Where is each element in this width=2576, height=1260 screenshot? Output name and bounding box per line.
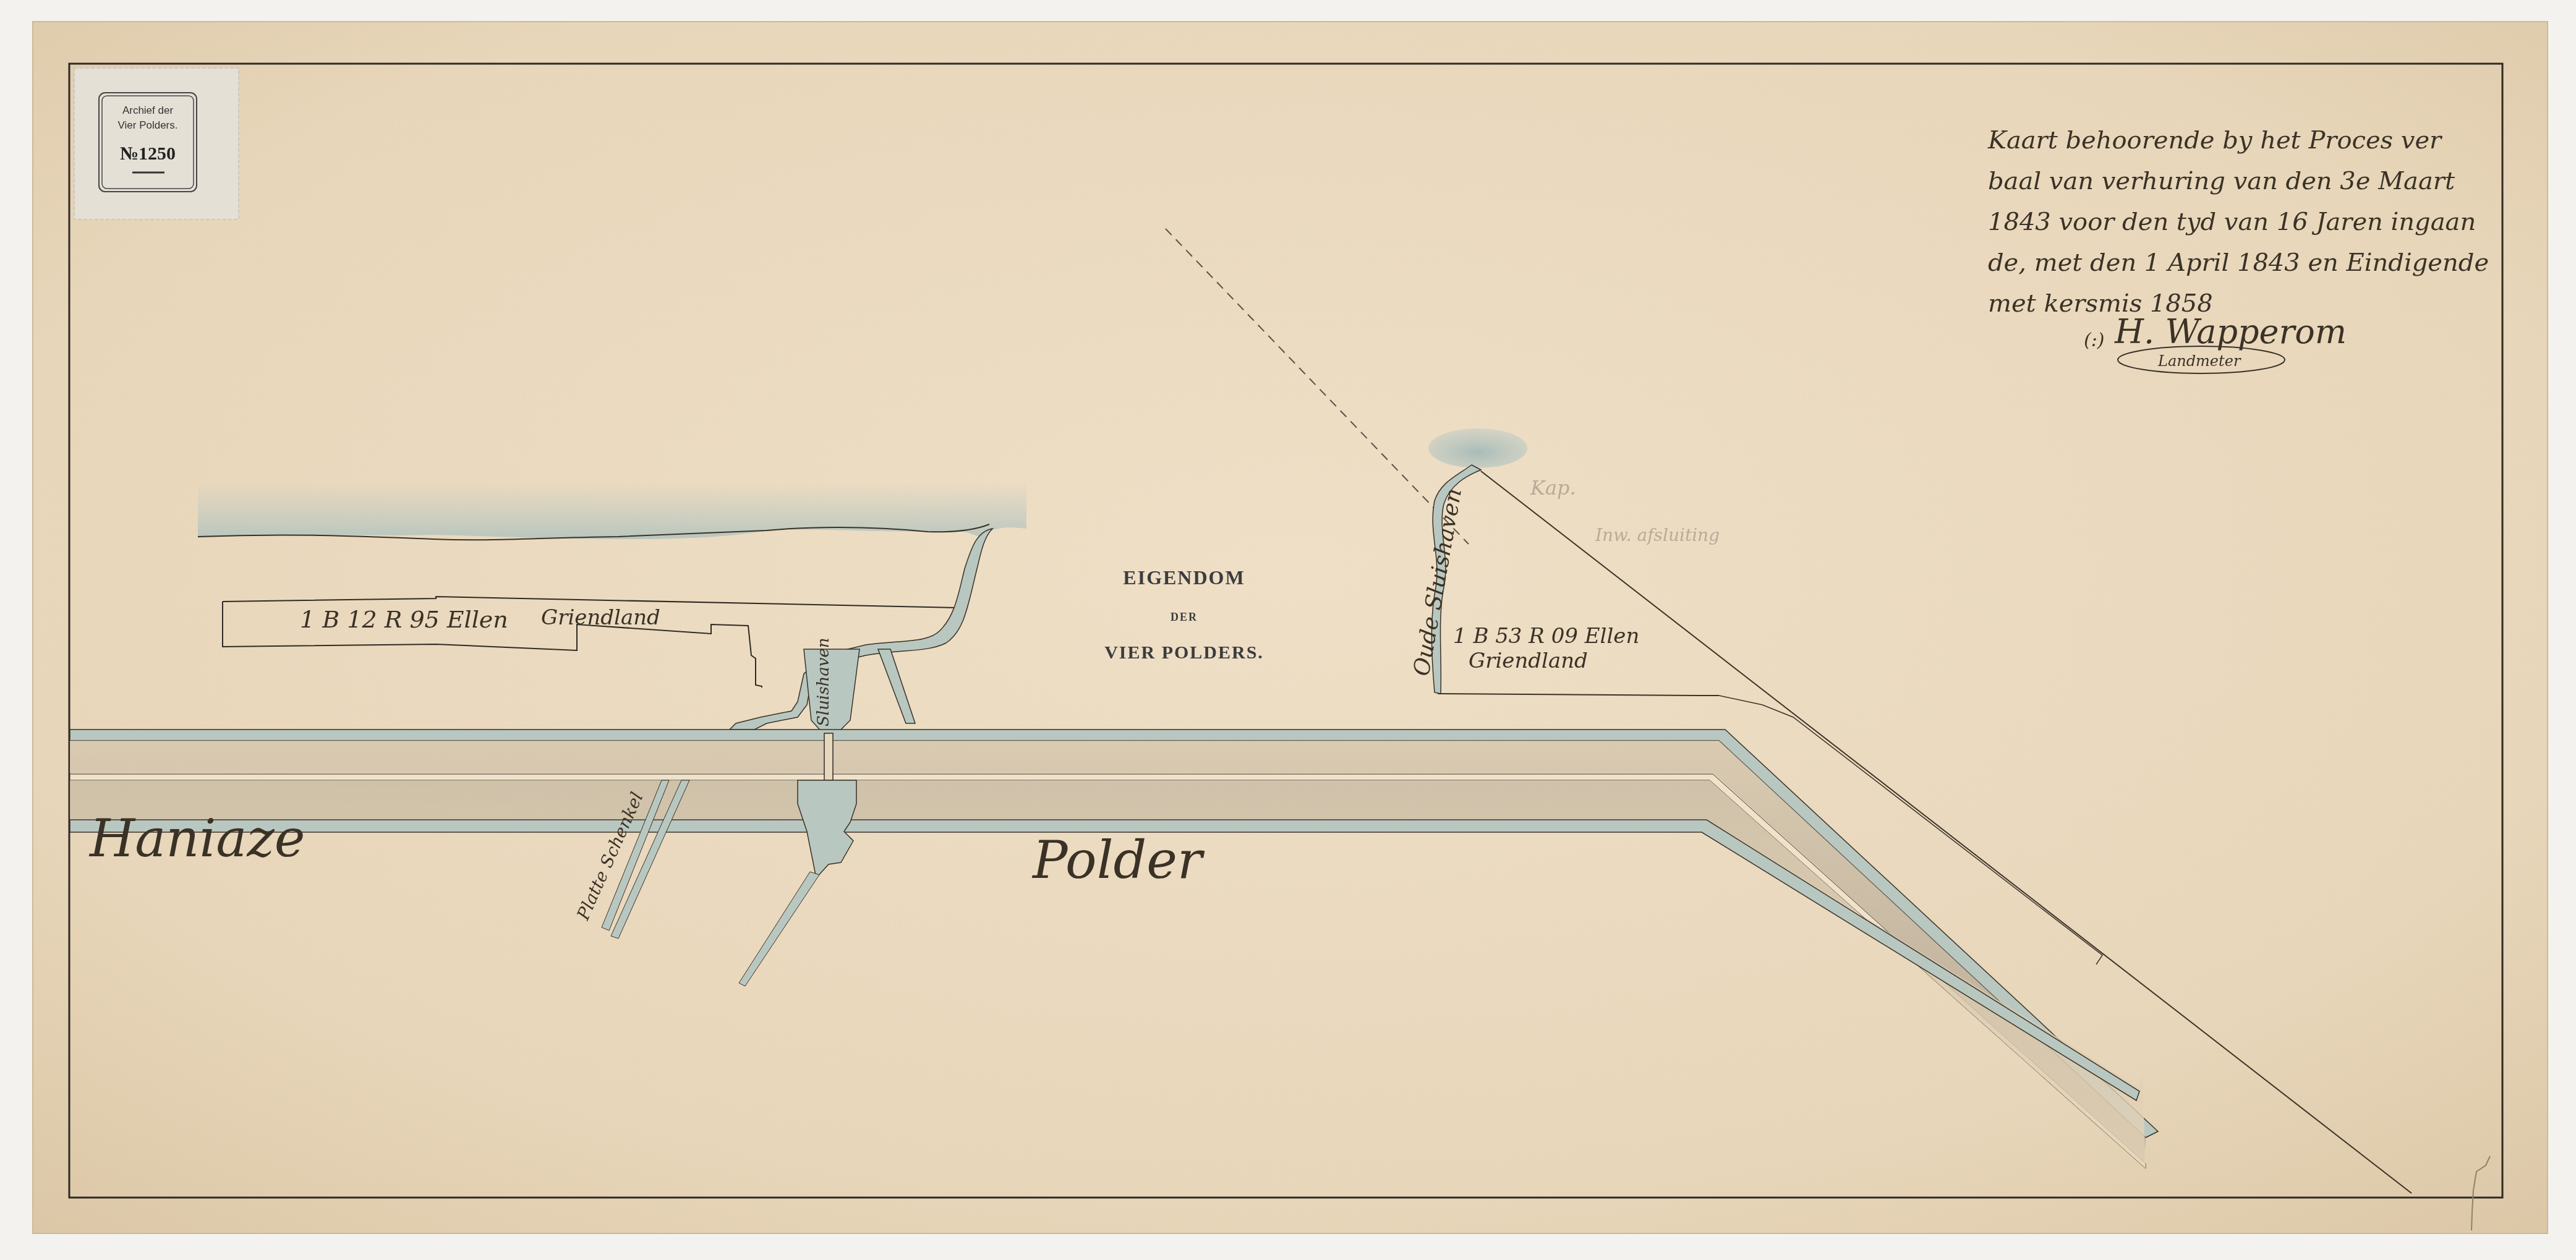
stamp-line-3: VIER POLDERS. xyxy=(1104,642,1264,663)
region-name-haniaze: Haniaze xyxy=(88,808,305,869)
parcel-2-area: 1 B 53 R 09 Ellen xyxy=(1453,624,1639,649)
sluishaven-label: Sluishaven xyxy=(814,637,833,726)
archive-label-line1: Archief der xyxy=(122,104,174,116)
title-line-3: 1843 voor den tyd van 16 Jaren ingaan xyxy=(1988,208,2476,236)
archive-number: №1250 xyxy=(120,143,176,164)
water-body xyxy=(198,482,1026,539)
sluice-gate xyxy=(824,733,833,780)
signature-prefix: (:) xyxy=(2084,330,2105,351)
region-name-polder: Polder xyxy=(1031,830,1205,890)
pond xyxy=(1428,428,1527,468)
stamp-line-2: DER xyxy=(1171,611,1198,623)
stamp-line-1: EIGENDOM xyxy=(1123,566,1245,589)
title-line-2: baal van verhuring van den 3e Maart xyxy=(1988,167,2455,195)
pencil-note-kap: Kap. xyxy=(1530,476,1576,500)
title-line-1: Kaart behoorende by het Proces ver xyxy=(1987,126,2443,155)
pencil-note-afsluiting: Inw. afsluiting xyxy=(1595,525,1720,545)
parcel-1-type: Griendland xyxy=(541,605,660,630)
signature: H. Wapperom xyxy=(2114,312,2347,351)
archive-label: Archief der Vier Polders. №1250 xyxy=(74,68,239,219)
parcel-2-type: Griendland xyxy=(1469,649,1588,673)
signature-role: Landmeter xyxy=(2157,352,2241,370)
parcel-1-area: 1 B 12 R 95 Ellen xyxy=(300,606,508,633)
historic-map: Archief der Vier Polders. №1250 xyxy=(0,0,2576,1260)
archive-label-line2: Vier Polders. xyxy=(117,119,177,131)
title-line-4: de, met den 1 April 1843 en Eindigende xyxy=(1988,249,2489,277)
